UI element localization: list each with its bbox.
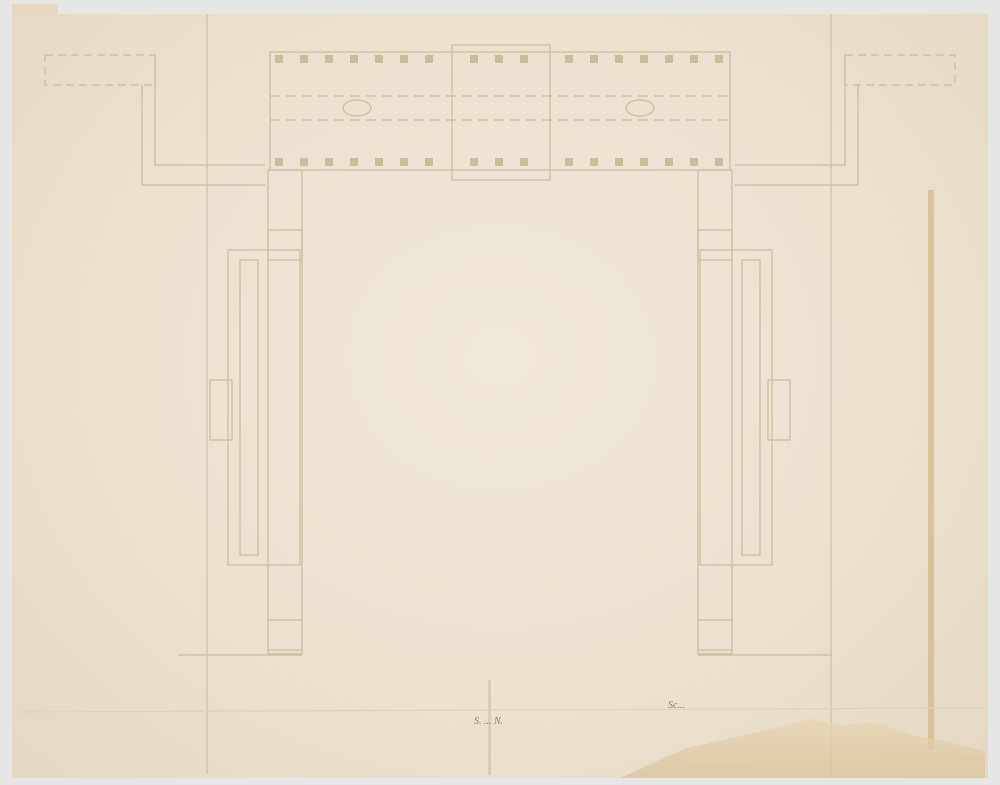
floor-plan-drawing — [0, 0, 1000, 785]
handwritten-annotation-left: S. ... N. — [474, 716, 503, 727]
handwritten-annotation-right: Sc... — [668, 700, 685, 711]
